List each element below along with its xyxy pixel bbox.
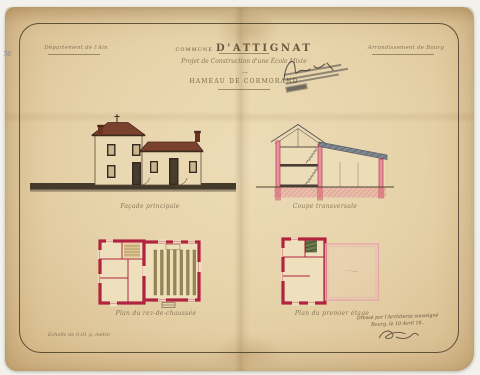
sheet-content: 76 Département de l'Ain Arrondissement d… (0, 0, 480, 375)
roof-outline-below (326, 244, 379, 300)
wing-roof (140, 142, 203, 151)
classroom-walls (144, 242, 199, 300)
stair-hatch (124, 244, 140, 258)
floor-slab (279, 164, 319, 167)
upper-floor-walls (283, 239, 325, 303)
left-chimney (97, 125, 104, 135)
scanned-plan-page: 76 Département de l'Ain Arrondissement d… (0, 0, 480, 375)
plan-rdc-caption: Plan du rez-de-chaussée (106, 310, 206, 317)
cut-wall-left (276, 141, 280, 187)
cross-finial-icon (115, 114, 120, 123)
right-chimney (194, 131, 201, 142)
facade-caption: Façade principale (105, 203, 195, 210)
cut-wall-right (379, 159, 383, 187)
coupe-caption: Coupe transversale (275, 203, 375, 210)
cross-section (256, 125, 394, 201)
facade-elevation (30, 114, 236, 192)
scale-note: Échelle de 0,01 p. mètre (40, 332, 118, 338)
signature-block: Dressé par l'Architecte soussigné Bourg,… (353, 313, 444, 343)
cut-wall-middle (318, 144, 322, 187)
architect-signature (376, 327, 420, 343)
first-floor-plan (281, 237, 379, 305)
stairwell-hatch (306, 241, 317, 252)
ground-floor-plan (98, 239, 201, 307)
